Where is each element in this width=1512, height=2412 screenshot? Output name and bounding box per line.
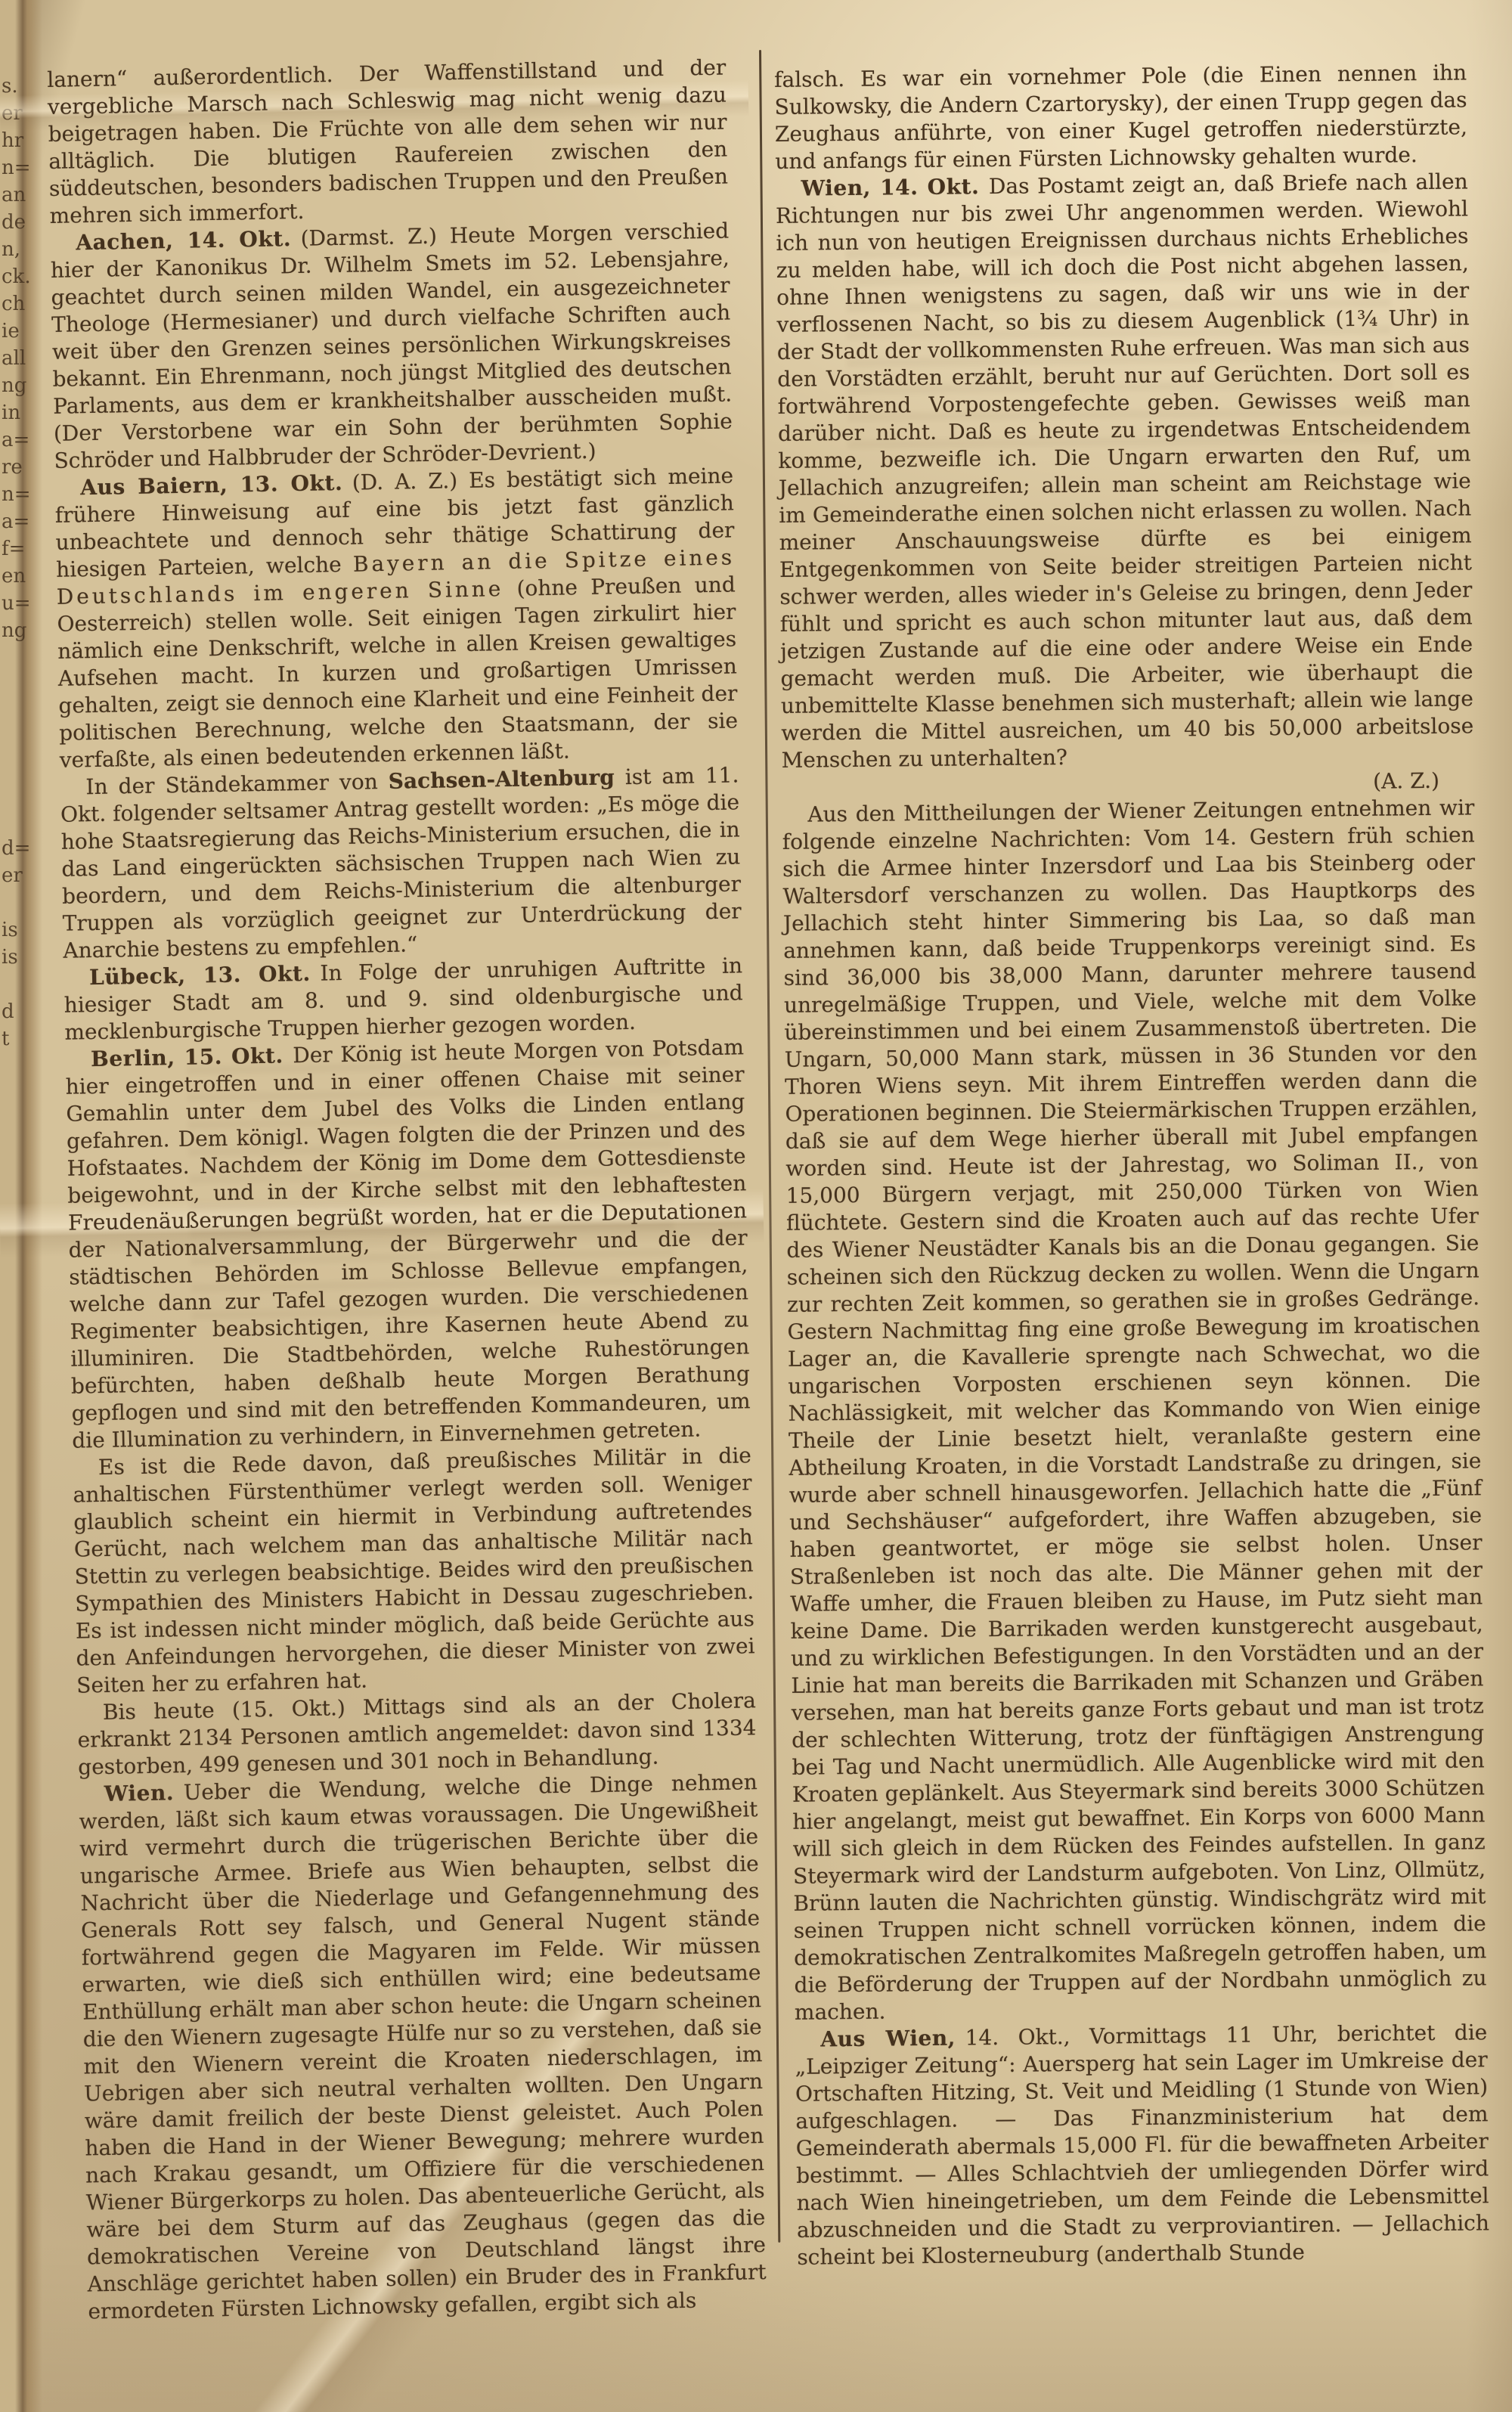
cutoff-letter-fragment: u= xyxy=(2,590,33,617)
article-aus-wien-leipziger-zeitung: Aus Wien,14. Okt., Vormittags 11 Uhr, be… xyxy=(795,2019,1489,2271)
paragraph-text: Es ist die Rede davon, daß preußisches M… xyxy=(73,1443,754,1697)
paragraph-text: In der Ständekammer von xyxy=(85,769,389,799)
paragraph-text: Aus den Mittheilungen der Wiener Zeitung… xyxy=(782,795,1487,2025)
cutoff-letter-fragment: n= xyxy=(2,481,33,508)
cutoff-letter-fragment: n, xyxy=(2,236,33,263)
cutoff-letter-fragment xyxy=(2,644,33,671)
cutoff-letter-fragment: er xyxy=(2,862,33,889)
article-wien-overview: Wien.Ueber die Wendung, welche die Dinge… xyxy=(79,1769,767,2325)
bold-inline-place: Sachsen-Altenburg xyxy=(388,764,615,793)
cutoff-letter-fragment: en xyxy=(2,563,33,590)
cutoff-letter-fragment: ng xyxy=(2,617,33,644)
cutoff-letter-fragment: a= xyxy=(2,426,33,454)
cutoff-letter-fragment: t xyxy=(2,1025,33,1053)
dateline-wien-14: Wien, 14. Okt. xyxy=(801,174,980,200)
paragraph-text: lanern“ außerordentlich. Der Waffenstill… xyxy=(47,55,728,228)
cutoff-letter-fragment: er xyxy=(2,100,33,127)
cutoff-letter-fragment xyxy=(2,671,33,699)
article-berlin: Berlin, 15. Okt.Der König ist heute Morg… xyxy=(65,1034,751,1454)
cutoff-letter-fragment: s. xyxy=(2,73,33,100)
cutoff-letter-fragment: ch xyxy=(2,290,33,318)
right-column: falsch. Es war ein vornehmer Pole (die E… xyxy=(774,59,1489,2271)
cutoff-letter-fragment: a= xyxy=(2,508,33,535)
cutoff-letter-fragment xyxy=(2,889,33,916)
paragraph-text: Der König ist heute Morgen von Potsdam h… xyxy=(65,1034,750,1452)
cutoff-letter-fragment: is xyxy=(2,944,33,971)
cutoff-previous-column-strip: s.erhrn=anden,ck.chieallngina=ren=a=f=en… xyxy=(2,73,33,1053)
left-column: lanern“ außerordentlich. Der Waffenstill… xyxy=(47,54,767,2326)
paragraph-text: falsch. Es war ein vornehmer Pole (die E… xyxy=(774,60,1467,174)
article-aachen: Aachen, 14. Okt.(Darmst. Z.) Heute Morge… xyxy=(50,218,733,475)
dateline-luebeck: Lübeck, 13. Okt. xyxy=(89,961,311,990)
article-cholera-report: Bis heute (15. Okt.) Mittags sind als an… xyxy=(77,1687,758,1781)
cutoff-letter-fragment xyxy=(2,726,33,753)
paragraph-text: Das Postamt zeigt an, daß Briefe nach al… xyxy=(776,169,1473,773)
cutoff-letter-fragment: hr xyxy=(2,127,33,154)
cutoff-letter-fragment: an xyxy=(2,181,33,209)
dateline-aus-wien: Aus Wien, xyxy=(820,2026,956,2052)
article-wiener-zeitungen: Aus den Mittheilungen der Wiener Zeitung… xyxy=(782,794,1487,2026)
article-luebeck: Lübeck, 13. Okt.In Folge der unruhigen A… xyxy=(64,952,744,1046)
paragraph-text: Ueber die Wendung, welche die Dinge nehm… xyxy=(79,1769,767,2324)
cutoff-letter-fragment: in xyxy=(2,399,33,426)
cutoff-letter-fragment: ck. xyxy=(2,263,33,290)
cutoff-letter-fragment: n= xyxy=(2,154,33,181)
paragraph-text: 14. Okt., Vormittags 11 Uhr, berichtet d… xyxy=(795,2020,1490,2270)
dateline-berlin: Berlin, 15. Okt. xyxy=(91,1043,283,1071)
paragraph-text: (Darmst. Z.) Heute Morgen verschied hier… xyxy=(51,219,733,473)
cutoff-letter-fragment xyxy=(2,753,33,780)
dateline-aachen: Aachen, 14. Okt. xyxy=(76,226,291,255)
article-military-rumor: Es ist die Rede davon, daß preußisches M… xyxy=(73,1442,756,1699)
cutoff-letter-fragment xyxy=(2,780,33,808)
article-baiern: Aus Baiern, 13. Okt.(D. A. Z.) Es bestät… xyxy=(54,462,739,774)
cutoff-letter-fragment: d xyxy=(2,998,33,1025)
dateline-baiern: Aus Baiern, 13. Okt. xyxy=(80,470,343,500)
cutoff-letter-fragment: all xyxy=(2,345,33,372)
article-continuation-falsch: falsch. Es war ein vornehmer Pole (die E… xyxy=(774,59,1467,175)
article-continuation-top: lanern“ außerordentlich. Der Waffenstill… xyxy=(47,54,729,230)
article-sachsen-altenburg: In der Ständekammer von Sachsen-Altenbur… xyxy=(60,761,742,964)
newspaper-page: s.erhrn=anden,ck.chieallngina=ren=a=f=en… xyxy=(0,0,1512,2412)
cutoff-letter-fragment: de xyxy=(2,209,33,236)
cutoff-letter-fragment: f= xyxy=(2,535,33,563)
article-wien-postamt: Wien, 14. Okt.Das Postamt zeigt an, daß … xyxy=(776,168,1474,774)
cutoff-letter-fragment xyxy=(2,808,33,835)
cutoff-letter-fragment: ie xyxy=(2,318,33,345)
cutoff-letter-fragment xyxy=(2,699,33,726)
cutoff-letter-fragment xyxy=(2,971,33,998)
paragraph-text: Bis heute (15. Okt.) Mittags sind als an… xyxy=(77,1688,756,1779)
cutoff-letter-fragment: d= xyxy=(2,835,33,862)
cutoff-letter-fragment: re xyxy=(2,454,33,481)
dateline-wien: Wien. xyxy=(104,1780,175,1806)
cutoff-letter-fragment: ng xyxy=(2,372,33,399)
cutoff-letter-fragment: is xyxy=(2,916,33,944)
